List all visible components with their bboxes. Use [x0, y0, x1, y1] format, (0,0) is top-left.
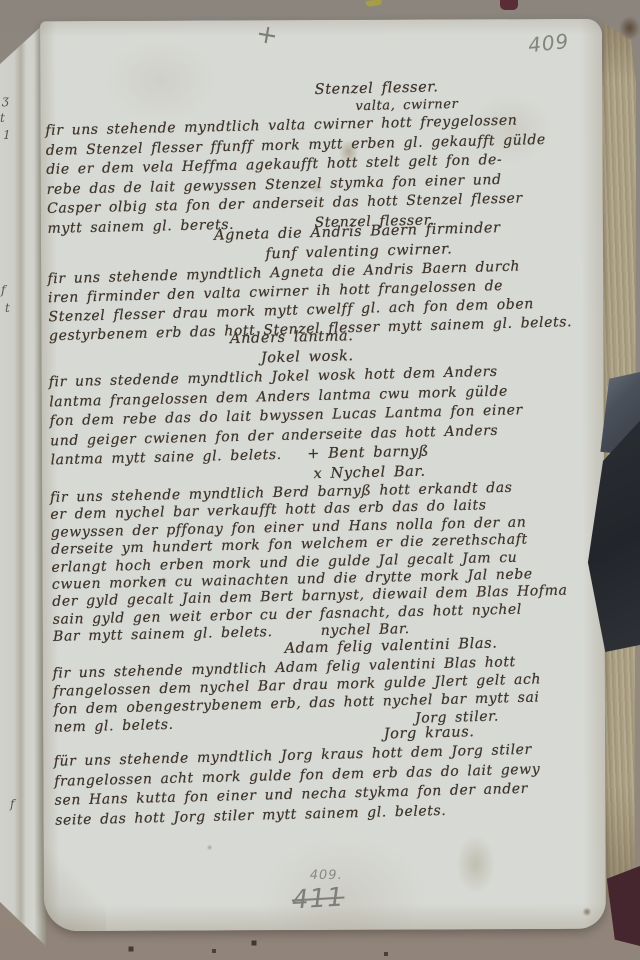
maroon-edge-speck	[500, 0, 518, 10]
verso-text-fragment: t	[0, 112, 5, 124]
page-number-top: 409	[527, 29, 571, 57]
manuscript-section: + Bent barnyßx Nychel Bar.fir uns stehen…	[49, 438, 589, 646]
manuscript-page: + 409 Stenzel flesser.valta, cwirnerfir …	[40, 19, 606, 931]
verso-text-fragment: t	[5, 302, 10, 314]
manuscript-section: Stenzel flesser.valta, cwirnerfir uns st…	[44, 74, 583, 239]
page-number-bottom: 409.	[310, 868, 343, 883]
facing-page-edge: ʒt1ftf	[0, 0, 46, 960]
yellow-edge-speck	[366, 0, 383, 7]
book-cover-bottom-right	[604, 866, 640, 946]
page-number-struck-out: 411	[291, 883, 345, 916]
verso-text-fragment: ʒ	[2, 94, 9, 106]
pencil-cross-mark: +	[254, 19, 281, 52]
verso-text-fragment: f	[1, 284, 5, 296]
manuscript-section: Jorg kraus.für uns stehende myndtlich Jo…	[53, 719, 591, 831]
verso-text-fragment: f	[10, 798, 14, 810]
table-debris-specks	[0, 0, 2, 2]
page-corner-stain	[614, 16, 640, 46]
page-corner-fold	[44, 847, 106, 931]
manuscript-text: Stenzel flesser.valta, cwirnerfir uns st…	[45, 73, 591, 828]
photo-scene: ʒt1ftf + 409 Stenzel flesser.valta, cwir…	[0, 0, 640, 960]
verso-text-fragment: 1	[3, 129, 11, 141]
